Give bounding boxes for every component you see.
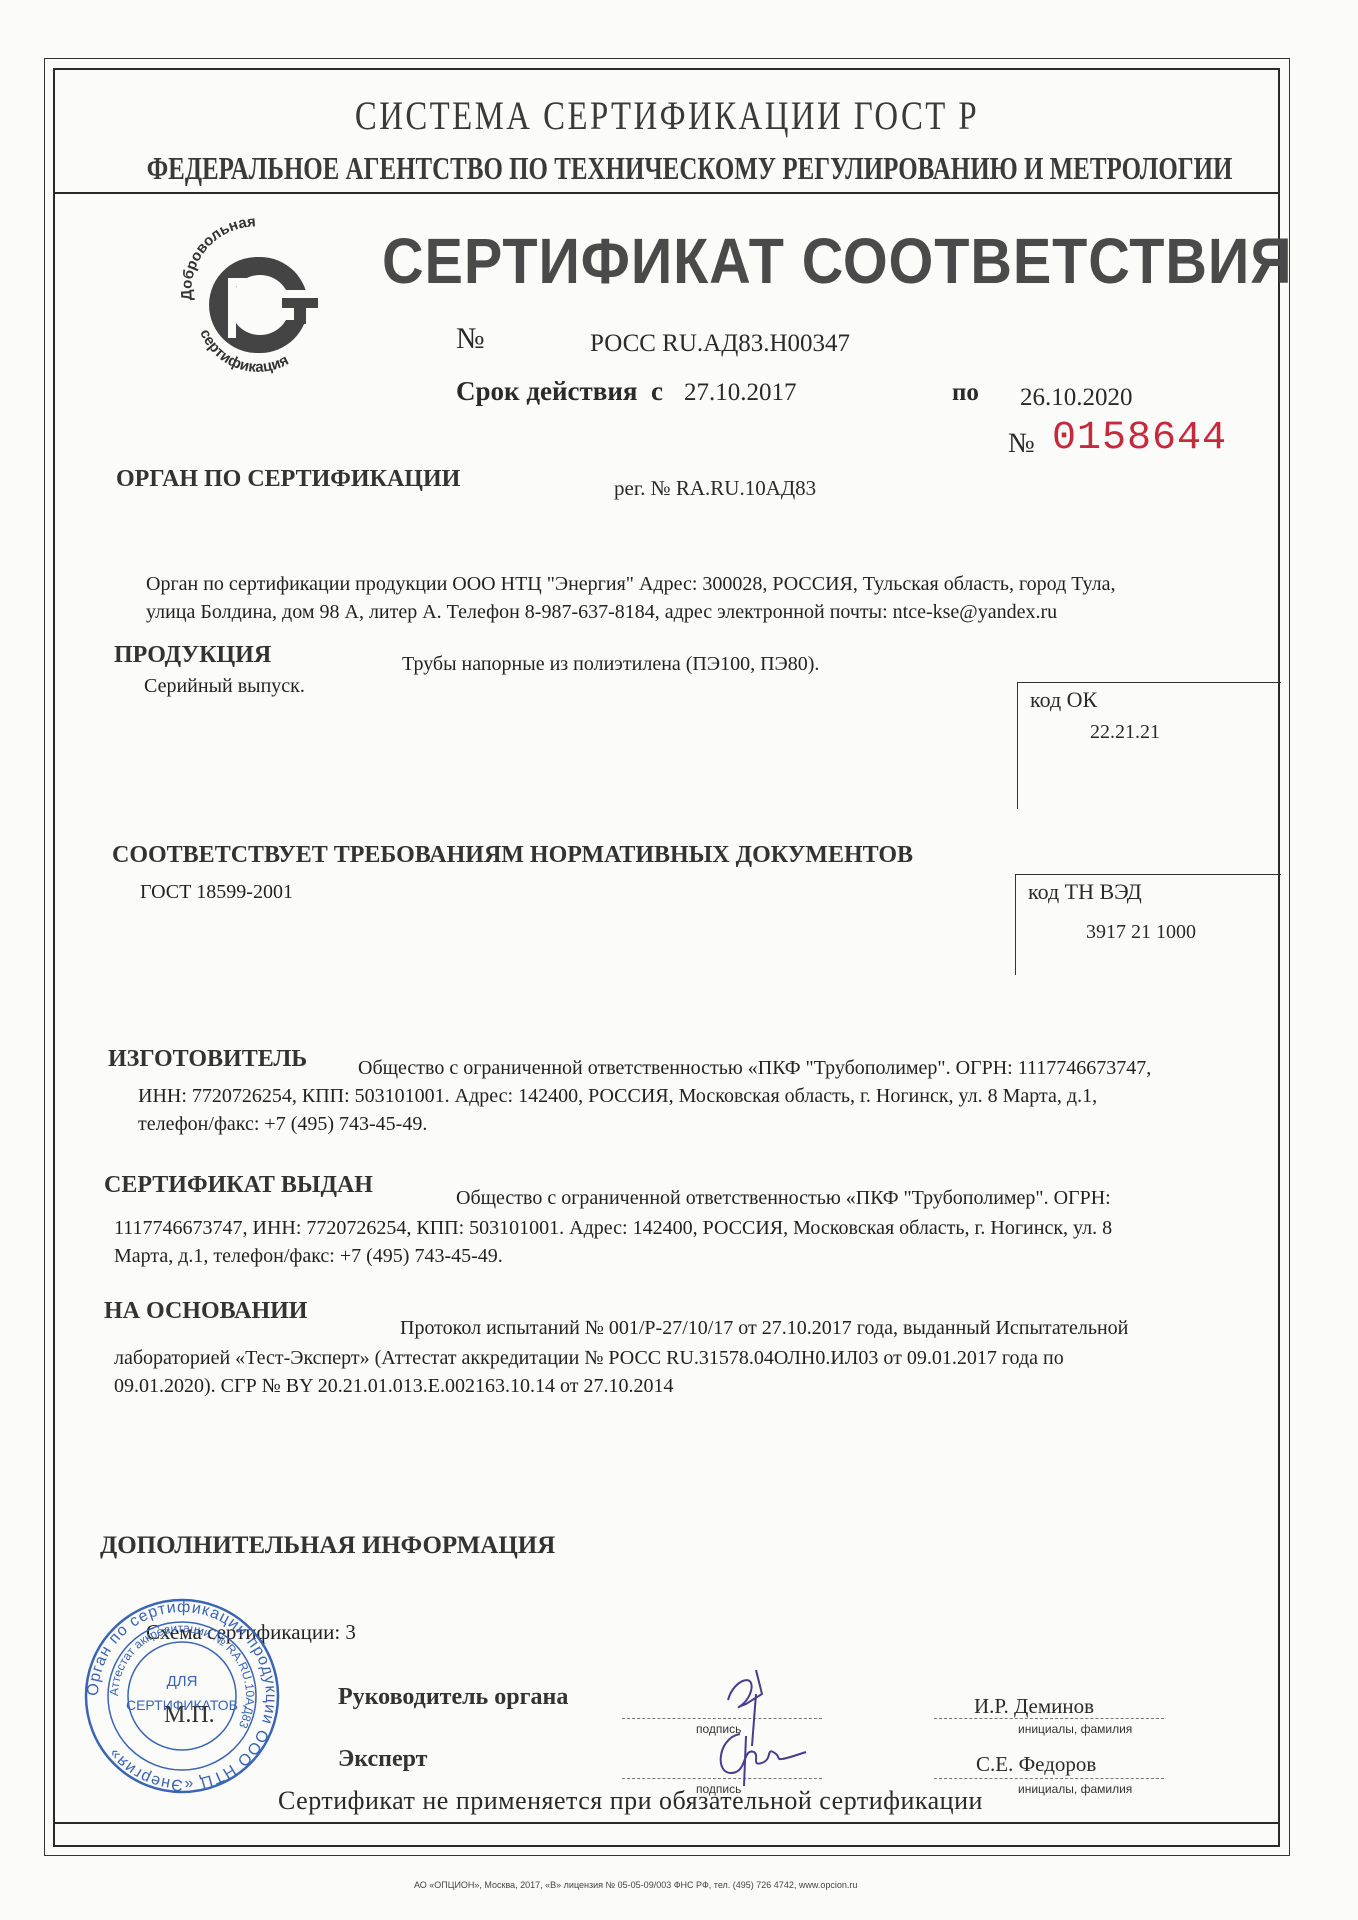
header-divider xyxy=(53,192,1280,194)
name-caption: инициалы, фамилия xyxy=(1018,1722,1132,1736)
stamp-place-label: М.П. xyxy=(164,1702,215,1729)
expert-label: Эксперт xyxy=(338,1746,427,1773)
basis-heading: НА ОСНОВАНИИ xyxy=(104,1298,307,1325)
head-label: Руководитель органа xyxy=(338,1684,568,1711)
agency-name: ФЕДЕРАЛЬНОЕ АГЕНТСТВО ПО ТЕХНИЧЕСКОМУ РЕ… xyxy=(147,150,1188,187)
serial-number-sign: № xyxy=(1008,428,1035,460)
certification-body-line: Орган по сертификации продукции ООО НТЦ … xyxy=(146,570,1115,598)
valid-to-label: по xyxy=(952,379,979,407)
issued-to-line: Общество с ограниченной ответственностью… xyxy=(456,1184,1111,1212)
valid-to-date: 26.10.2020 xyxy=(1020,384,1133,412)
ok-code-value: 22.21.21 xyxy=(1090,721,1160,744)
certification-stamp-icon: Орган по сертификации продукции ООО НТЦ … xyxy=(84,1598,280,1794)
registration-number: рег. № RA.RU.10АД83 xyxy=(614,476,816,501)
head-name: И.Р. Деминов xyxy=(974,1694,1094,1719)
product-heading: ПРОДУКЦИЯ xyxy=(114,642,271,669)
rst-logo-icon: Добровольная сертификация xyxy=(170,212,340,382)
system-title: СИСТЕМА СЕРТИФИКАЦИИ ГОСТ Р xyxy=(120,92,1214,139)
basis-line: 09.01.2020). СГР № BY 20.21.01.013.Е.002… xyxy=(114,1372,674,1400)
certification-body-heading: ОРГАН ПО СЕРТИФИКАЦИИ xyxy=(116,466,460,493)
compliance-standard: ГОСТ 18599-2001 xyxy=(140,878,293,906)
valid-from-date: 27.10.2017 xyxy=(684,379,797,407)
ok-code-box: код ОК 22.21.21 xyxy=(1017,682,1281,809)
certificate-title: СЕРТИФИКАТ СООТВЕТСТВИЯ xyxy=(382,224,1292,298)
certificate-number: РОСС RU.АД83.Н00347 xyxy=(590,330,850,358)
product-release: Серийный выпуск. xyxy=(144,672,305,700)
certification-body-line: улица Болдина, дом 98 А, литер А. Телефо… xyxy=(146,598,1057,626)
svg-text:ДЛЯ: ДЛЯ xyxy=(167,1673,198,1690)
manufacturer-line: ИНН: 7720726254, КПП: 503101001. Адрес: … xyxy=(138,1082,1097,1110)
additional-info-heading: ДОПОЛНИТЕЛЬНАЯ ИНФОРМАЦИЯ xyxy=(100,1532,555,1560)
voluntary-notice: Сертификат не применяется при обязательн… xyxy=(278,1786,983,1816)
manufacturer-heading: ИЗГОТОВИТЕЛЬ xyxy=(108,1046,307,1073)
footer-divider xyxy=(53,1822,1280,1824)
expert-name: С.Е. Федоров xyxy=(976,1752,1096,1777)
number-sign: № xyxy=(456,322,485,356)
manufacturer-line: телефон/факс: +7 (495) 743-45-49. xyxy=(138,1110,427,1138)
expert-name-line xyxy=(934,1778,1164,1779)
basis-line: Протокол испытаний № 001/Р-27/10/17 от 2… xyxy=(400,1314,1128,1342)
product-description: Трубы напорные из полиэтилена (ПЭ100, ПЭ… xyxy=(402,650,819,678)
printer-imprint: АО «ОПЦИОН», Москва, 2017, «В» лицензия … xyxy=(414,1880,857,1890)
tnved-code-value: 3917 21 1000 xyxy=(1086,921,1196,944)
tnved-code-box: код ТН ВЭД 3917 21 1000 xyxy=(1015,874,1281,975)
issued-to-heading: СЕРТИФИКАТ ВЫДАН xyxy=(104,1172,373,1199)
serial-number: 0158644 xyxy=(1052,416,1227,461)
manufacturer-line: Общество с ограниченной ответственностью… xyxy=(358,1054,1151,1082)
tnved-code-label: код ТН ВЭД xyxy=(1028,879,1142,905)
name-caption: инициалы, фамилия xyxy=(1018,1782,1132,1796)
expert-signature-icon xyxy=(706,1724,816,1788)
ok-code-label: код ОК xyxy=(1030,687,1097,713)
basis-line: лабораторией «Тест-Эксперт» (Аттестат ак… xyxy=(114,1344,1064,1372)
issued-to-line: Марта, д.1, телефон/факс: +7 (495) 743-4… xyxy=(114,1242,503,1270)
compliance-heading: СООТВЕТСТВУЕТ ТРЕБОВАНИЯМ НОРМАТИВНЫХ ДО… xyxy=(112,842,913,869)
issued-to-line: 1117746673747, ИНН: 7720726254, КПП: 503… xyxy=(114,1214,1112,1242)
validity-label: Срок действия с xyxy=(456,376,663,407)
